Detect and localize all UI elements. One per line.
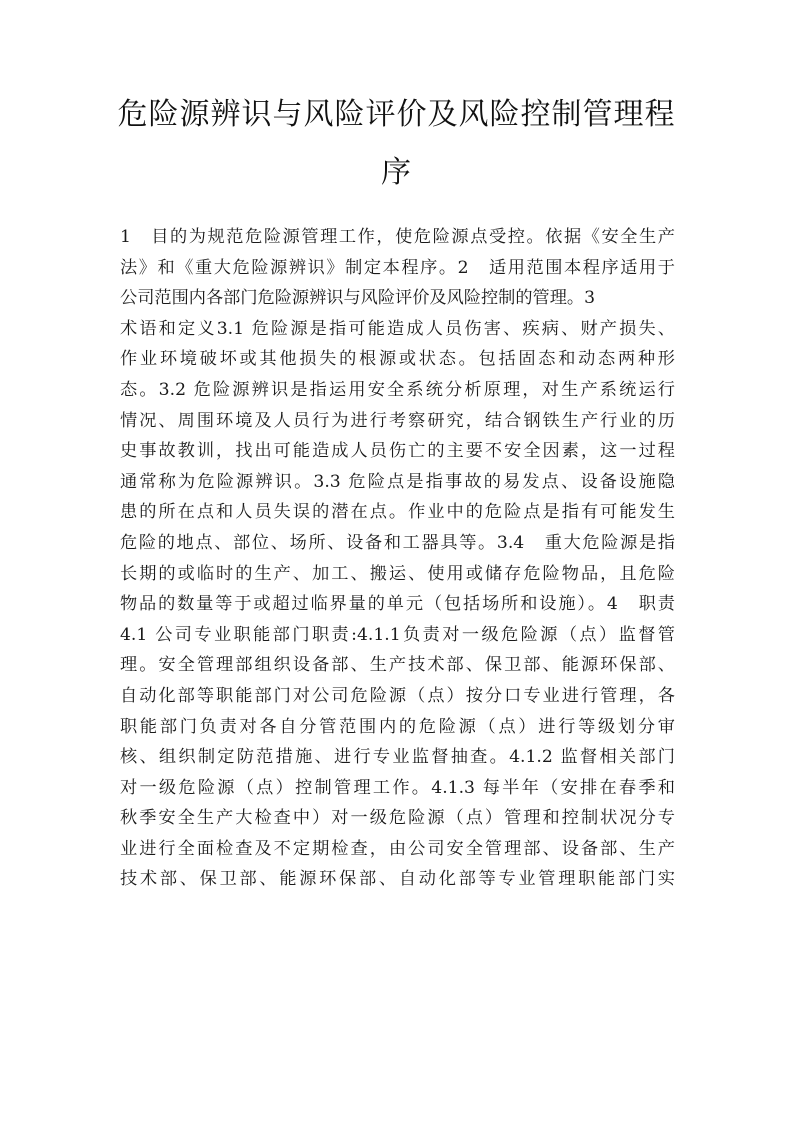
body-line: 物品的数量等于或超过临界量的单元（包括场所和设施）。4 职责 xyxy=(120,589,675,620)
body-line: 秋季安全生产大检查中）对一级危险源（点）管理和控制状况分专 xyxy=(120,803,675,834)
document-page: 危险源辨识与风险评价及风险控制管理程 序 1 目的为规范危险源管理工作，使危险源… xyxy=(0,0,793,1122)
body-line: 情况、周围环境及人员行为进行考察研究，结合钢铁生产行业的历 xyxy=(120,406,675,437)
body-line: 职能部门负责对各自分管范围内的危险源（点）进行等级划分审 xyxy=(120,712,675,743)
body-line: 理。安全管理部组织设备部、生产技术部、保卫部、能源环保部、 xyxy=(120,650,675,681)
body-line: 史事故教训，找出可能造成人员伤亡的主要不安全因素，这一过程 xyxy=(120,436,675,467)
body-line: 危险的地点、部位、场所、设备和工器具等。3.4 重大危险源是指 xyxy=(120,528,675,559)
body-line: 自动化部等职能部门对公司危险源（点）按分口专业进行管理，各 xyxy=(120,681,675,712)
body-line: 作业环境破坏或其他损失的根源或状态。包括固态和动态两种形 xyxy=(120,344,675,375)
body-line: 患的所在点和人员失误的潜在点。作业中的危险点是指有可能发生 xyxy=(120,497,675,528)
body-line: 技术部、保卫部、能源环保部、自动化部等专业管理职能部门实 xyxy=(120,864,675,895)
body-line: 对一级危险源（点）控制管理工作。4.1.3 每半年（安排在春季和 xyxy=(120,773,675,804)
document-body: 1 目的为规范危险源管理工作，使危险源点受控。依据《安全生产 法》和《重大危险源… xyxy=(120,222,675,895)
body-line: 业进行全面检查及不定期检查，由公司安全管理部、设备部、生产 xyxy=(120,834,675,865)
body-line: 态。3.2 危险源辨识是指运用安全系统分析原理，对生产系统运行 xyxy=(120,375,675,406)
body-line: 核、组织制定防范措施、进行专业监督抽查。4.1.2 监督相关部门 xyxy=(120,742,675,773)
body-line: 术语和定义3.1 危险源是指可能造成人员伤害、疾病、财产损失、 xyxy=(120,314,675,345)
document-title-line-1: 危险源辨识与风险评价及风险控制管理程 xyxy=(0,95,793,135)
body-line: 公司范围内各部门危险源辨识与风险评价及风险控制的管理。3 xyxy=(120,283,675,314)
body-line: 长期的或临时的生产、加工、搬运、使用或储存危险物品，且危险 xyxy=(120,559,675,590)
body-line: 通常称为危险源辨识。3.3 危险点是指事故的易发点、设备设施隐 xyxy=(120,467,675,498)
body-line: 法》和《重大危险源辨识》制定本程序。2 适用范围本程序适用于 xyxy=(120,253,675,284)
body-line: 4.1 公司专业职能部门职责:4.1.1负责对一级危险源（点）监督管 xyxy=(120,620,675,651)
body-line: 1 目的为规范危险源管理工作，使危险源点受控。依据《安全生产 xyxy=(120,222,675,253)
document-title-line-2: 序 xyxy=(0,153,793,193)
